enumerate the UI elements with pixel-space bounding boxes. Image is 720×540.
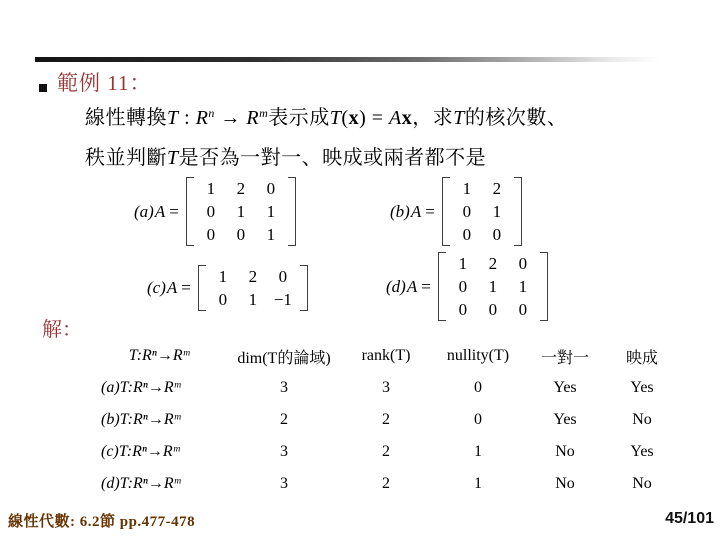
table-cell: Yes	[598, 379, 686, 397]
table-header-nullity: nullity(T)	[424, 347, 532, 365]
matrix-cell: 0	[478, 298, 508, 321]
equals-sign: =	[425, 202, 435, 221]
matrix-cell: 2	[238, 265, 268, 288]
footer-course-ref: 線性代數: 6.2節 pp.477-478	[8, 510, 195, 531]
arrow-glyph: →	[215, 107, 247, 129]
matrix-cell: 0	[508, 298, 538, 321]
matrix-c-label: (c)A=	[147, 278, 191, 298]
table-cell: 1	[424, 443, 532, 461]
matrix-b-var: A	[411, 202, 421, 221]
text-run: :	[179, 107, 196, 129]
right-bracket	[540, 252, 548, 321]
math-vec-x: x	[402, 107, 413, 129]
header-divider-rule	[35, 57, 660, 62]
matrix-cell: 1	[478, 275, 508, 298]
table-cell: 3	[220, 379, 348, 397]
table-cell: 2	[348, 443, 424, 461]
text-run: 是否為一對一、映成或兩者都不是	[179, 147, 487, 169]
matrix-a: (a)A= 120 011 001	[134, 177, 296, 246]
table-cell: 3	[220, 443, 348, 461]
matrix-a-paren: (a)	[134, 202, 154, 221]
matrix-c: (c)A= 120 01−1	[147, 265, 308, 311]
matrix-cell: 1	[508, 275, 538, 298]
table-cell: 0	[424, 411, 532, 429]
problem-line-1: 線性轉換T : Rn → Rm表示成T(x) = Ax，求T的核次數、	[85, 101, 567, 130]
table-cell: No	[598, 411, 686, 429]
matrix-cell: 0	[482, 223, 512, 246]
table-cell: 2	[348, 411, 424, 429]
table-row-label: (b)T:Rⁿ→Rᵐ	[98, 411, 220, 429]
table-header-map: T:Rⁿ→Rᵐ	[98, 347, 220, 365]
equals-sign: =	[421, 277, 431, 296]
text-run: 的核次數、	[465, 107, 568, 129]
table-header-rank: rank(T)	[348, 347, 424, 365]
solution-table: T:Rⁿ→Rᵐ dim(T的論域) rank(T) nullity(T) 一對一…	[98, 340, 686, 500]
matrix-d-paren: (d)	[386, 277, 406, 296]
matrix-c-paren: (c)	[147, 278, 166, 297]
matrix-cell: 0	[196, 200, 226, 223]
matrix-cell: 1	[226, 200, 256, 223]
table-cell: 3	[220, 475, 348, 493]
matrix-cell: 1	[482, 200, 512, 223]
matrix-cell: 0	[448, 275, 478, 298]
matrix-cell: 1	[196, 177, 226, 200]
page-number: 45/101	[665, 510, 714, 528]
bullet-square-icon	[39, 84, 47, 92]
table-cell: 0	[424, 379, 532, 397]
math-var-T: T	[330, 107, 342, 129]
text-run: 秩並判斷	[85, 147, 167, 169]
matrix-cell: 1	[256, 200, 286, 223]
math-vec-x: x	[349, 107, 360, 129]
table-cell: Yes	[598, 443, 686, 461]
table-cell: Yes	[532, 379, 598, 397]
table-cell: 2	[348, 475, 424, 493]
text-run: 表示成	[268, 107, 330, 129]
matrix-cell: 0	[448, 298, 478, 321]
math-var-T: T	[453, 107, 465, 129]
table-cell: 1	[424, 475, 532, 493]
matrix-cell: 2	[226, 177, 256, 200]
table-cell: No	[532, 475, 598, 493]
matrix-cell: 1	[448, 252, 478, 275]
matrix-cell: 2	[482, 177, 512, 200]
matrix-c-grid: 120 01−1	[208, 265, 298, 311]
right-bracket	[514, 177, 522, 246]
matrix-cell: 2	[478, 252, 508, 275]
left-bracket	[442, 177, 450, 246]
problem-line-2: 秩並判斷T是否為一對一、映成或兩者都不是	[85, 141, 486, 170]
matrix-d: (d)A= 120 011 000	[386, 252, 548, 321]
matrix-a-label: (a)A=	[134, 202, 179, 222]
solution-label: 解：	[42, 313, 82, 342]
matrix-cell: 0	[256, 177, 286, 200]
matrix-cell: 1	[256, 223, 286, 246]
text-run: 線性轉換	[85, 107, 167, 129]
matrix-d-var: A	[407, 277, 417, 296]
example-title: 範例 11：	[57, 67, 151, 97]
matrix-cell: 1	[238, 288, 268, 311]
matrix-cell: 0	[268, 265, 298, 288]
matrix-a-grid: 120 011 001	[196, 177, 286, 246]
matrix-b: (b)A= 12 01 00	[390, 177, 522, 246]
table-header-dim: dim(T的論域)	[220, 345, 348, 368]
table-cell: 2	[220, 411, 348, 429]
text-run: (	[341, 107, 348, 129]
math-var-R: R	[196, 107, 209, 129]
matrix-a-var: A	[155, 202, 165, 221]
left-bracket	[438, 252, 446, 321]
matrix-cell: 0	[452, 200, 482, 223]
math-var-R: R	[246, 107, 259, 129]
superscript-m: m	[259, 106, 268, 120]
matrix-cell: 1	[452, 177, 482, 200]
matrix-cell: 0	[452, 223, 482, 246]
table-header-one-to-one: 一對一	[532, 345, 598, 368]
math-var-T: T	[167, 107, 179, 129]
left-bracket	[186, 177, 194, 246]
table-row-label: (a)T:Rⁿ→Rᵐ	[98, 379, 220, 397]
right-bracket	[288, 177, 296, 246]
matrix-b-paren: (b)	[390, 202, 410, 221]
matrix-b-grid: 12 01 00	[452, 177, 512, 246]
table-cell: No	[598, 475, 686, 493]
equals-sign: =	[169, 202, 179, 221]
table-row-label: (c)T:Rⁿ→Rᵐ	[98, 443, 220, 461]
matrix-cell: 0	[208, 288, 238, 311]
math-var-A: A	[389, 107, 402, 129]
left-bracket	[198, 265, 206, 311]
matrix-c-var: A	[167, 278, 177, 297]
table-row-label: (d)T:Rⁿ→Rᵐ	[98, 475, 220, 493]
matrix-b-label: (b)A=	[390, 202, 435, 222]
matrix-cell: 0	[508, 252, 538, 275]
matrix-cell: −1	[268, 288, 298, 311]
text-run: ) =	[359, 107, 389, 129]
table-header-onto: 映成	[598, 345, 686, 368]
matrix-d-label: (d)A=	[386, 277, 431, 297]
slide: { "colors": { "title_red": "#993333", "f…	[0, 0, 720, 540]
table-cell: No	[532, 443, 598, 461]
matrix-cell: 0	[196, 223, 226, 246]
right-bracket	[300, 265, 308, 311]
matrix-cell: 0	[226, 223, 256, 246]
text-run: ，求	[412, 107, 453, 129]
matrix-d-grid: 120 011 000	[448, 252, 538, 321]
table-cell: Yes	[532, 411, 598, 429]
equals-sign: =	[181, 278, 191, 297]
math-var-T: T	[167, 147, 179, 169]
table-cell: 3	[348, 379, 424, 397]
matrix-cell: 1	[208, 265, 238, 288]
